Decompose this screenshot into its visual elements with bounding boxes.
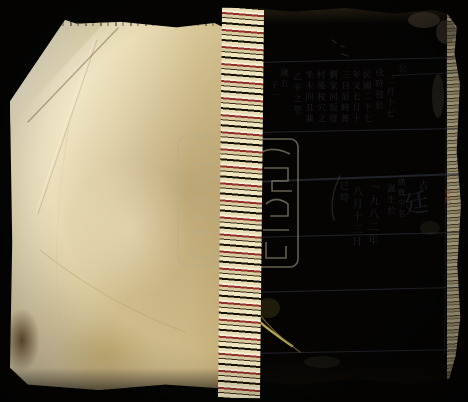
left-page	[10, 20, 232, 390]
rule-line	[252, 128, 458, 133]
record-header: 公	[396, 64, 405, 76]
handwriting-column: 劉家河坂厝	[328, 70, 337, 125]
handwriting-column: 乙辛之塋	[292, 72, 301, 116]
right-page: 公 二月十七 戌時歿於 民國二十七 年又七月十 三日辰時葬 劉家河坂厝 村後桉穴…	[250, 8, 462, 386]
handwriting-column: 坐未向丑兼	[304, 70, 313, 125]
rule-line	[250, 173, 461, 183]
torn-top-edge	[40, 19, 230, 26]
handwriting-column: 巳時	[338, 181, 347, 204]
rule-line	[250, 349, 459, 354]
handwriting-column: 年又七月十	[351, 70, 360, 125]
page-edge-label: 春紡	[444, 188, 451, 204]
handwriting-column: 二月十七	[384, 76, 394, 120]
handwriting-column: 村後桉穴之	[315, 70, 325, 125]
spine-threads	[218, 8, 264, 398]
book-photo: 公 二月十七 戌時歿於 民國二十七 年又七月十 三日辰時葬 劉家河坂厝 村後桉穴…	[0, 0, 468, 402]
rule-line	[250, 287, 460, 293]
top-edge-shadow	[250, 8, 462, 24]
handwriting-column: 誕生於	[386, 184, 395, 217]
corner-fold	[10, 20, 106, 126]
handwriting-column: 三日辰時葬	[340, 70, 349, 125]
handwriting-column: 民國二十七	[362, 70, 371, 125]
stain-left-edge-notch	[4, 308, 40, 372]
handwriting-column: 八月十三日	[349, 186, 361, 249]
stain-center-soft	[70, 160, 190, 300]
stain-yellow-bottom	[55, 320, 155, 386]
handwriting-column: 子一	[269, 80, 278, 102]
handwriting-column: 一九八二年	[367, 182, 380, 247]
handwriting-column: 歲五	[279, 68, 288, 90]
handwriting-column: 戌時歿於	[374, 68, 383, 112]
rule-line	[253, 57, 455, 63]
handwriting-column: 璜寶字名	[397, 178, 405, 220]
bottom-edge-shadow	[250, 360, 462, 386]
